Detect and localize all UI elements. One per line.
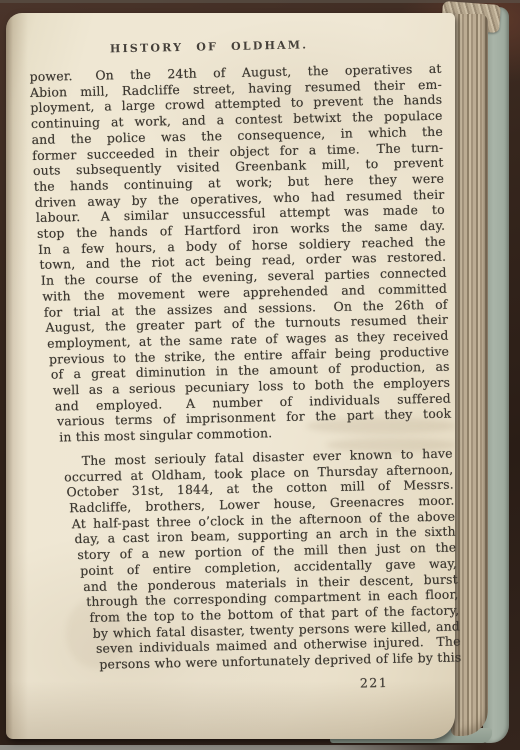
- book-photo: HISTORY OF OLDHAM. power. On the 24th of…: [0, 0, 520, 750]
- running-header: HISTORY OF OLDHAM.: [29, 36, 441, 57]
- paragraph-1: power. On the 24th of August, the operat…: [30, 61, 449, 446]
- page-number: 221: [42, 673, 454, 696]
- book-page: HISTORY OF OLDHAM. power. On the 24th of…: [6, 13, 455, 739]
- table-surface: [0, 745, 478, 750]
- page-text-block: HISTORY OF OLDHAM. power. On the 24th of…: [29, 36, 454, 697]
- photo-top-edge: [0, 0, 520, 3]
- paragraph-2: The most seriouly fatal disaster ever kn…: [37, 446, 453, 674]
